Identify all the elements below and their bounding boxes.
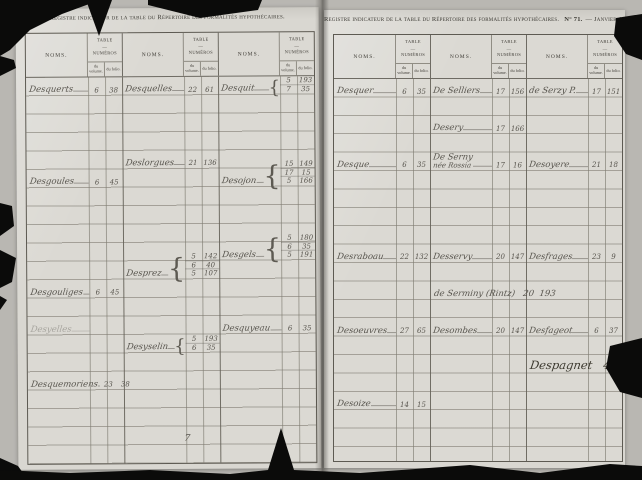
- ledger-entry: Desraboau22132: [334, 253, 430, 262]
- entry-name: Desquyeau: [222, 324, 271, 333]
- volume-number: 21: [185, 159, 202, 168]
- volume-number: 6: [396, 88, 413, 97]
- noms-header: NOMS.: [123, 33, 184, 76]
- du-volume-header: du volume.: [396, 64, 413, 78]
- volume-number: 17: [492, 162, 509, 171]
- ink-stroke: [387, 332, 396, 333]
- du-volume-header: du volume.: [588, 64, 605, 78]
- left-page-header: Registre indicateur de la table du Réper…: [16, 13, 319, 22]
- table-numeros-header: TABLE — NUMÉROS du volume. du folio.: [184, 33, 218, 76]
- ledger-entry: Desquemoriens2338: [28, 380, 124, 390]
- volume-number: 17: [281, 169, 298, 177]
- column-rule: [105, 77, 108, 463]
- volume-number: 22: [184, 86, 201, 95]
- table-numeros-header: TABLE — NUMÉROS du volume. du folio.: [588, 35, 622, 78]
- table-numeros-header: TABLE — NUMÉROS du volume. du folio.: [280, 32, 314, 75]
- folio-number: 38: [105, 86, 122, 95]
- ledger-entry: Deslorgues21136: [123, 159, 219, 169]
- folio-number: 142: [202, 253, 219, 261]
- folio-number: 45: [106, 289, 123, 298]
- table-numeros-header: TABLE — NUMÉROS du volume. du folio.: [492, 35, 526, 78]
- table-numeros-header: TABLE — NUMÉROS du volume. du folio.: [88, 33, 122, 76]
- ink-stroke: [383, 258, 396, 259]
- volume-number: 5: [185, 253, 202, 261]
- entry-name: Desombes: [432, 327, 477, 336]
- ledger-entry: Desprez{51426405107: [123, 253, 219, 279]
- volume-number: 6: [185, 261, 202, 269]
- noms-header: NOMS.: [26, 33, 88, 76]
- volume-number: 6: [186, 343, 203, 352]
- volume-number: 6: [282, 324, 299, 333]
- volume-number: 7: [280, 85, 297, 94]
- ledger-entry: Desservy20147: [430, 253, 526, 262]
- entry-name: Desoyere: [528, 161, 570, 170]
- entry-name: Desquemoriens: [30, 380, 98, 389]
- folio-number: 16: [509, 162, 526, 171]
- page-gutter: [315, 0, 329, 480]
- folio-number: 15: [298, 168, 315, 176]
- du-folio-header: du folio.: [105, 62, 122, 76]
- table-label: TABLE: [597, 39, 613, 46]
- numeros-label: NUMÉROS: [189, 50, 213, 57]
- folio-number: 35: [297, 85, 314, 94]
- ink-stroke: [480, 92, 492, 93]
- folio-number: 149: [298, 160, 315, 168]
- header-group: NOMS. TABLE — NUMÉROS du volume. du foli…: [430, 35, 526, 78]
- volume-number: 17: [492, 125, 509, 134]
- entry-name: Desyelles: [30, 325, 72, 334]
- ledger-entry: Desquyeau635: [220, 324, 316, 334]
- volume-number: 22: [396, 254, 413, 263]
- folio-number: 35: [299, 324, 316, 333]
- ink-stroke: [371, 405, 396, 406]
- entry-name-2: née Rossia: [432, 163, 473, 170]
- folio-number: 35: [413, 88, 430, 97]
- noms-header: NOMS.: [219, 32, 280, 75]
- ledger-entry: Desoeuvres2765: [334, 327, 430, 336]
- ledger-entry: Desgoules645: [27, 178, 123, 188]
- folio-number: 45: [106, 178, 123, 187]
- du-folio-header: du folio.: [605, 64, 622, 78]
- folio-number: 35: [413, 162, 430, 171]
- table-numeros-label: TABLE — NUMÉROS: [280, 32, 314, 60]
- header-group: NOMS. TABLE — NUMÉROS du volume. du foli…: [26, 33, 122, 77]
- volume-number: 23: [588, 254, 605, 263]
- brace-mark: {: [269, 81, 281, 95]
- volume-number: 6: [89, 178, 106, 187]
- volume-number: 6: [281, 242, 298, 250]
- du-volume-header: du volume.: [492, 64, 509, 78]
- ink-stroke: [73, 91, 88, 92]
- ink-stroke: [74, 183, 89, 184]
- du-volume-header: du volume.: [88, 62, 105, 76]
- ledger-entry: Desoyere2118: [526, 161, 622, 170]
- folio-number: 9: [605, 254, 622, 263]
- ledger-entry: Desfageot637: [526, 327, 622, 336]
- entry-name: Desojon: [221, 177, 257, 186]
- dash-label: —: [198, 43, 203, 50]
- entry-name: Desoize: [336, 400, 371, 409]
- folio-number: 151: [605, 88, 622, 97]
- folio-number: 38: [117, 381, 134, 390]
- table-numeros-label: TABLE — NUMÉROS: [492, 35, 526, 63]
- volume-number: 27: [396, 327, 413, 336]
- left-table-header: NOMS. TABLE — NUMÉROS du volume. du foli…: [26, 32, 314, 78]
- entry-text: Despagnet 41 50: [525, 358, 641, 372]
- du-volume-header: du volume.: [184, 62, 201, 76]
- entry-name: Desyselin: [126, 343, 169, 352]
- du-folio-header: du folio.: [201, 62, 218, 76]
- ink-stroke: [174, 164, 185, 165]
- ink-stroke: [373, 92, 396, 93]
- ledger-entry: Desyselin{5193635: [124, 335, 220, 353]
- folio-number: 193: [203, 335, 220, 343]
- numeros-label: NUMÉROS: [497, 52, 521, 59]
- dash-label: —: [507, 46, 512, 53]
- left-table-body: Desquerts638Desquelles2261Desquit{519373…: [26, 76, 316, 464]
- header-group: NOMS. TABLE — NUMÉROS du volume. du foli…: [334, 35, 430, 78]
- sub-header: du volume. du folio.: [88, 61, 122, 76]
- entry-name: Desprez: [126, 270, 162, 279]
- ledger-entry: de Serminy (Rintz) 20 193: [430, 289, 526, 299]
- folio-number: 166: [509, 125, 526, 134]
- folio-number: 136: [202, 159, 219, 168]
- entry-name: Desraboau: [336, 253, 384, 262]
- ledger-entry: De Selliers17156: [430, 87, 526, 96]
- ledger-entry: Desquelles2261: [122, 85, 218, 95]
- noms-header: NOMS.: [431, 35, 492, 78]
- entry-name: Desgoules: [29, 178, 75, 187]
- ledger-entry: Desoize1415: [334, 400, 430, 409]
- ink-stroke: [254, 90, 268, 91]
- numeros-label: NUMÉROS: [593, 52, 617, 59]
- numeros-label: NUMÉROS: [285, 50, 309, 57]
- header-group: NOMS. TABLE — NUMÉROS du volume. du foli…: [218, 32, 314, 76]
- volume-number: 5: [281, 234, 298, 242]
- ledger-entry: 7: [124, 434, 220, 445]
- ledger-entry: Desque635: [334, 161, 430, 170]
- entry-name: Desery: [432, 124, 463, 133]
- header-group: NOMS. TABLE — NUMÉROS du volume. du foli…: [122, 33, 218, 77]
- brace-mark: {: [263, 166, 280, 186]
- sub-header: du volume. du folio.: [396, 63, 430, 78]
- ink-stroke: [472, 258, 492, 259]
- ink-stroke: [71, 330, 89, 331]
- ledger-entry: Desojon{1514917155166: [219, 160, 315, 186]
- entry-name: Desoeuvres: [336, 327, 387, 336]
- entry-name: Desque: [336, 161, 369, 170]
- entry-text: 7: [124, 434, 191, 444]
- ledger-entry: Despagnet 41 50: [526, 358, 622, 372]
- ink-stroke: [270, 329, 282, 330]
- left-page: Registre indicateur de la table du Réper…: [16, 7, 322, 470]
- ledger-entry: Desgels{51806355191: [219, 234, 315, 260]
- folio-number: 147: [509, 327, 526, 336]
- ledger-entry: Desquerts638: [26, 86, 122, 96]
- entry-name: Desquit: [220, 85, 254, 94]
- entry-name: Desservy: [432, 253, 473, 262]
- volume-number: 17: [492, 88, 509, 97]
- column-rule: [280, 76, 283, 462]
- ledger-entry: Desyelles: [28, 325, 124, 335]
- volume-number: 21: [588, 162, 605, 171]
- numeros-label: NUMÉROS: [93, 51, 117, 58]
- ink-stroke: [477, 332, 492, 333]
- entry-name: Desquelles: [124, 85, 172, 94]
- folio-number: 191: [298, 251, 315, 260]
- du-folio-header: du folio.: [509, 64, 526, 78]
- folio-number: 35: [203, 343, 220, 352]
- ink-stroke: [256, 255, 264, 256]
- right-table-header: NOMS. TABLE — NUMÉROS du volume. du foli…: [334, 35, 622, 79]
- folio-number: 107: [202, 270, 219, 279]
- volume-number: 20: [492, 327, 509, 336]
- column-rule: [588, 79, 589, 461]
- du-volume-header: du volume.: [280, 61, 297, 75]
- table-numeros-label: TABLE — NUMÉROS: [588, 35, 622, 63]
- entry-name: Desquerts: [28, 86, 73, 95]
- folio-number: 132: [413, 254, 430, 263]
- ledger-entry: Desgouliges645: [27, 288, 123, 298]
- ink-stroke: [473, 166, 492, 167]
- volume-number: 5: [281, 251, 298, 260]
- volume-number: 14: [396, 401, 413, 410]
- header-group: NOMS. TABLE — NUMÉROS du volume. du foli…: [526, 35, 622, 78]
- folio-number: 37: [605, 327, 622, 336]
- entry-name: Desfageot: [528, 327, 573, 336]
- entry-name: Desfrages: [528, 253, 573, 262]
- folio-number: 40: [202, 261, 219, 269]
- entry-name: Deslorgues: [125, 159, 175, 168]
- volume-number: 20: [492, 254, 509, 263]
- column-rule: [297, 76, 300, 462]
- table-numeros-header: TABLE — NUMÉROS du volume. du folio.: [396, 35, 430, 78]
- volume-number: 5: [185, 270, 202, 279]
- right-table: NOMS. TABLE — NUMÉROS du volume. du foli…: [333, 34, 623, 462]
- brace-mark: {: [264, 240, 281, 260]
- right-header-title: Registre indicateur de la table du Réper…: [324, 16, 559, 23]
- ledger-entry: Desquit{5193735: [218, 76, 314, 94]
- right-page-header: Registre indicateur de la table du Réper…: [324, 16, 625, 23]
- noms-header: NOMS.: [334, 35, 396, 78]
- column-rule: [605, 79, 606, 461]
- column-rule: [492, 79, 493, 461]
- volume-number: 6: [588, 327, 605, 336]
- volume-number: 5: [280, 77, 297, 85]
- du-folio-header: du folio.: [297, 61, 314, 75]
- column-rule: [509, 79, 510, 461]
- entry-name: Desgels: [222, 251, 257, 260]
- volume-number: 5: [281, 177, 298, 186]
- right-page: Registre indicateur de la table du Réper…: [324, 10, 625, 468]
- table-numeros-label: TABLE — NUMÉROS: [396, 35, 430, 63]
- film-artifact-left-4: [0, 296, 7, 310]
- table-numeros-label: TABLE — NUMÉROS: [184, 33, 218, 61]
- folio-number: 15: [413, 401, 430, 410]
- ledger-entry: Desfrages239: [526, 253, 622, 262]
- ledger-entry: Desquer635: [334, 87, 430, 96]
- volume-number: 17: [588, 88, 605, 97]
- entry-name: De Selliers: [432, 87, 480, 96]
- film-artifact-left-2: [0, 203, 14, 236]
- scanned-document: Registre indicateur de la table du Réper…: [0, 0, 642, 480]
- right-table-body: Desquer635De Selliers17156de Serzy P.171…: [334, 79, 622, 461]
- folio-number: 18: [605, 162, 622, 171]
- entry-name: de Serzy P.: [528, 87, 576, 96]
- folio-number: 147: [509, 254, 526, 263]
- noms-header: NOMS.: [527, 35, 588, 78]
- volume-number: 5: [186, 335, 203, 343]
- volume-number: 6: [89, 289, 106, 298]
- folio-number: 180: [298, 234, 315, 242]
- entry-text: de Serminy (Rintz) 20 193: [429, 289, 556, 299]
- ink-stroke: [572, 258, 588, 259]
- column-rule: [88, 77, 91, 463]
- film-artifact-left-1: [0, 56, 16, 76]
- ink-stroke: [576, 92, 588, 93]
- sub-header: du volume. du folio.: [280, 60, 314, 75]
- sub-header: du volume. du folio.: [588, 63, 622, 78]
- issue-date: — Janvier 1933.: [586, 16, 635, 23]
- sub-header: du volume. du folio.: [492, 63, 526, 78]
- volume-number: 23: [100, 381, 117, 390]
- table-numeros-label: TABLE — NUMÉROS: [88, 33, 122, 61]
- brace-mark: {: [174, 339, 186, 353]
- du-folio-header: du folio.: [413, 64, 430, 78]
- dash-label: —: [603, 46, 608, 53]
- folio-number: 65: [413, 327, 430, 336]
- volume-number: 15: [281, 160, 298, 168]
- entry-name: Desquer: [336, 87, 373, 96]
- folio-number: 193: [297, 76, 314, 84]
- brace-mark: {: [168, 259, 185, 279]
- folio-number: 156: [509, 88, 526, 97]
- column-rule: [526, 79, 527, 461]
- ink-stroke: [369, 166, 396, 167]
- ink-stroke: [572, 332, 588, 333]
- folio-number: 61: [201, 86, 218, 95]
- film-artifact-left-3: [0, 250, 16, 288]
- ledger-entry: Desery17166: [430, 124, 526, 133]
- sub-header: du volume. du folio.: [184, 61, 218, 76]
- ink-stroke: [569, 166, 588, 167]
- left-table: NOMS. TABLE — NUMÉROS du volume. du foli…: [25, 31, 318, 465]
- ledger-entry: Desombes20147: [430, 327, 526, 336]
- table-label: TABLE: [405, 39, 421, 46]
- ink-stroke: [463, 129, 492, 130]
- volume-number: 6: [396, 162, 413, 171]
- folio-number: 166: [298, 177, 315, 186]
- entry-name: Desgouliges: [30, 288, 84, 297]
- ledger-entry: De Sernynée Rossia1716: [430, 154, 526, 170]
- numeros-label: NUMÉROS: [401, 52, 425, 59]
- ink-stroke: [172, 90, 184, 91]
- issue-number: N° 71.: [564, 16, 582, 23]
- ink-stroke: [256, 182, 263, 183]
- column-rule: [430, 79, 431, 461]
- folio-number: 35: [298, 242, 315, 250]
- dash-label: —: [411, 46, 416, 53]
- volume-number: 6: [88, 86, 105, 95]
- ledger-entry: de Serzy P.17151: [526, 87, 622, 96]
- table-label: TABLE: [501, 39, 517, 46]
